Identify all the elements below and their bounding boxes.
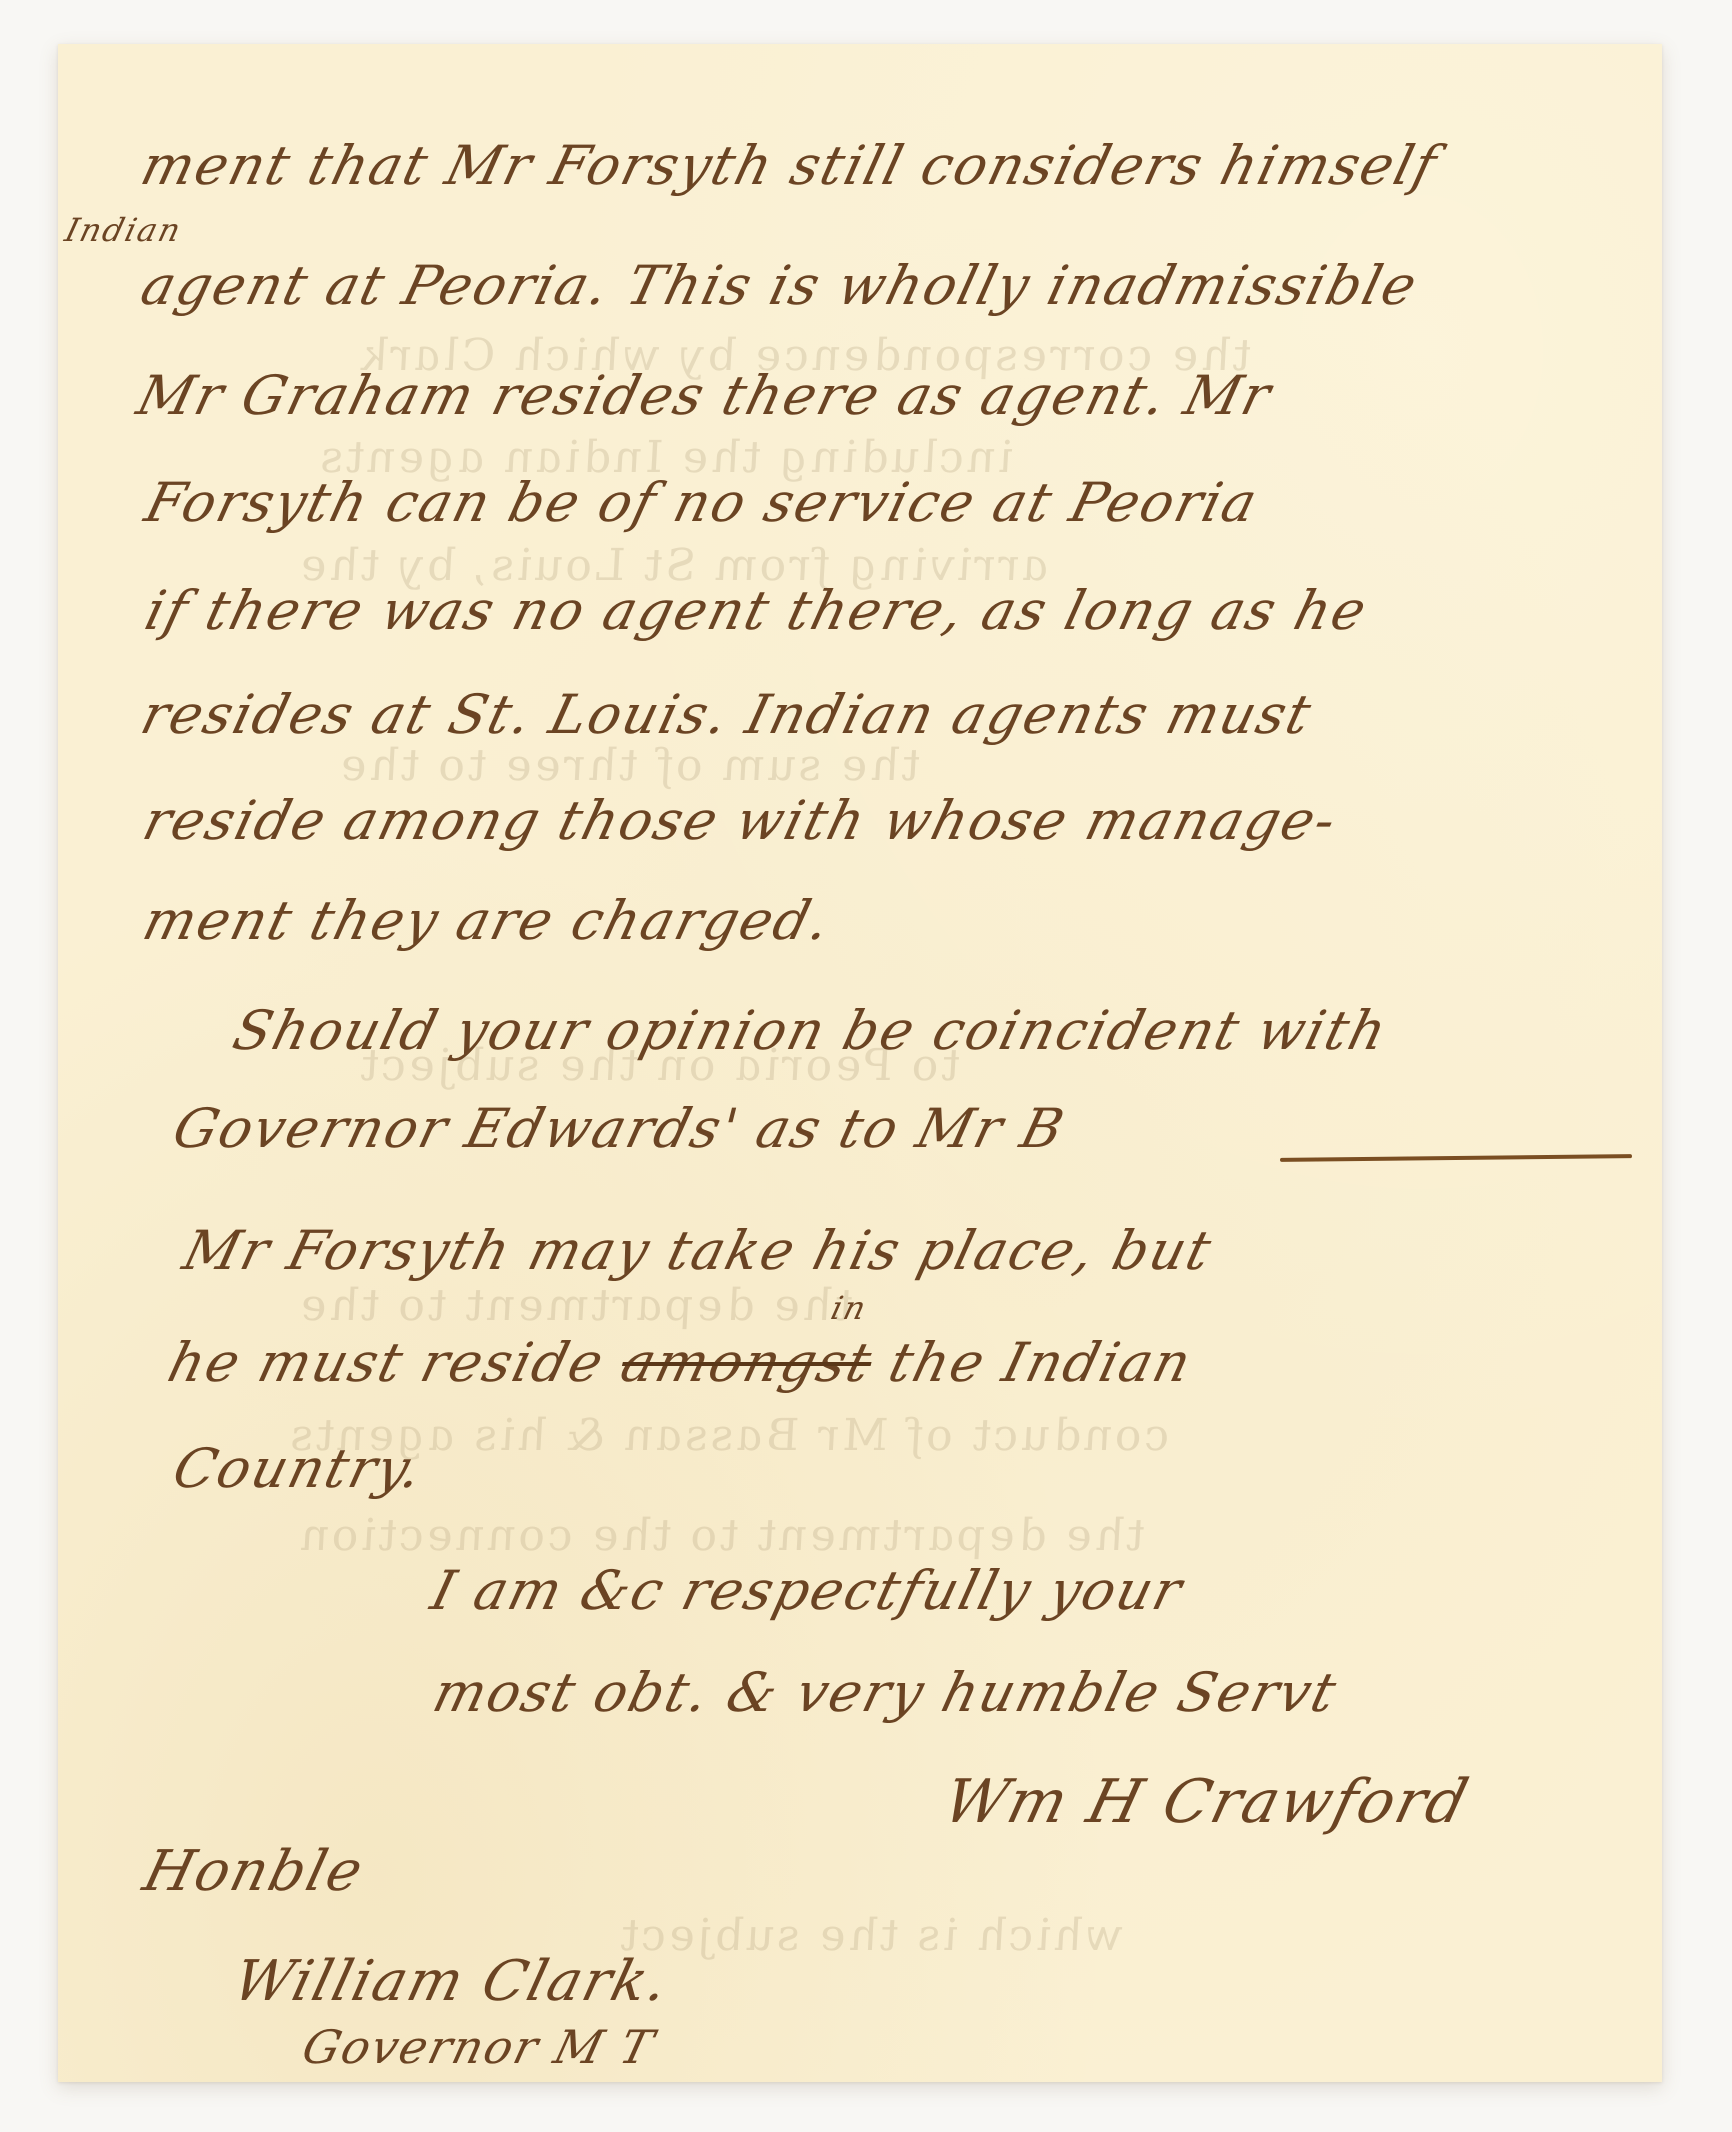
letter-line: Should your opinion be coincident with (228, 1004, 1393, 1058)
letter-line: Country. (168, 1442, 429, 1496)
letter-text: he must reside (162, 1331, 611, 1394)
letter-line: Forsyth can be of no service at Peoria (140, 476, 1264, 530)
letter-line: resides at St. Louis. Indian agents must (136, 688, 1318, 742)
letter-sheet: the correspondence by which Clark includ… (58, 44, 1662, 2082)
letter-line: Governor Edwards' as to Mr B (168, 1102, 1071, 1156)
signature: Wm H Crawford (938, 1772, 1475, 1832)
letter-text: the Indian (883, 1331, 1199, 1394)
addressee-name: William Clark. (228, 1954, 675, 2010)
letter-line: agent at Peoria. This is wholly inadmiss… (136, 259, 1423, 313)
addressee-honorific: Honble (138, 1844, 369, 1900)
interlinear-insertion: in (828, 1292, 871, 1324)
name-redaction-underline (1280, 1154, 1632, 1162)
addressee-title: Governor M T (298, 2024, 659, 2070)
closing-line: I am &c respectfully your (426, 1564, 1189, 1618)
struck-out-word: amongst (615, 1331, 879, 1394)
bleed-through-text: the sum of three to the (333, 744, 926, 788)
letter-line: Mr Forsyth may take his place, but (178, 1224, 1218, 1278)
letter-line: reside among those with whose manage- (138, 794, 1343, 848)
letter-line: ment that Mr Forsyth still considers him… (136, 139, 1443, 193)
letter-line: if there was no agent there, as long as … (140, 584, 1373, 638)
letter-line: Mr Graham resides there as agent. Mr (132, 369, 1277, 423)
letter-line: ment they are charged. (138, 894, 837, 948)
bleed-through-text: the department to the (293, 1284, 858, 1328)
letter-line: he must reside amongst the Indian (163, 1336, 1198, 1390)
bleed-through-text: the department to the connection (293, 1514, 1150, 1558)
bleed-through-text: which is the subject (613, 1914, 1129, 1958)
closing-line: most obt. & very humble Servt (428, 1666, 1343, 1720)
interlinear-insertion: Indian (62, 214, 186, 246)
